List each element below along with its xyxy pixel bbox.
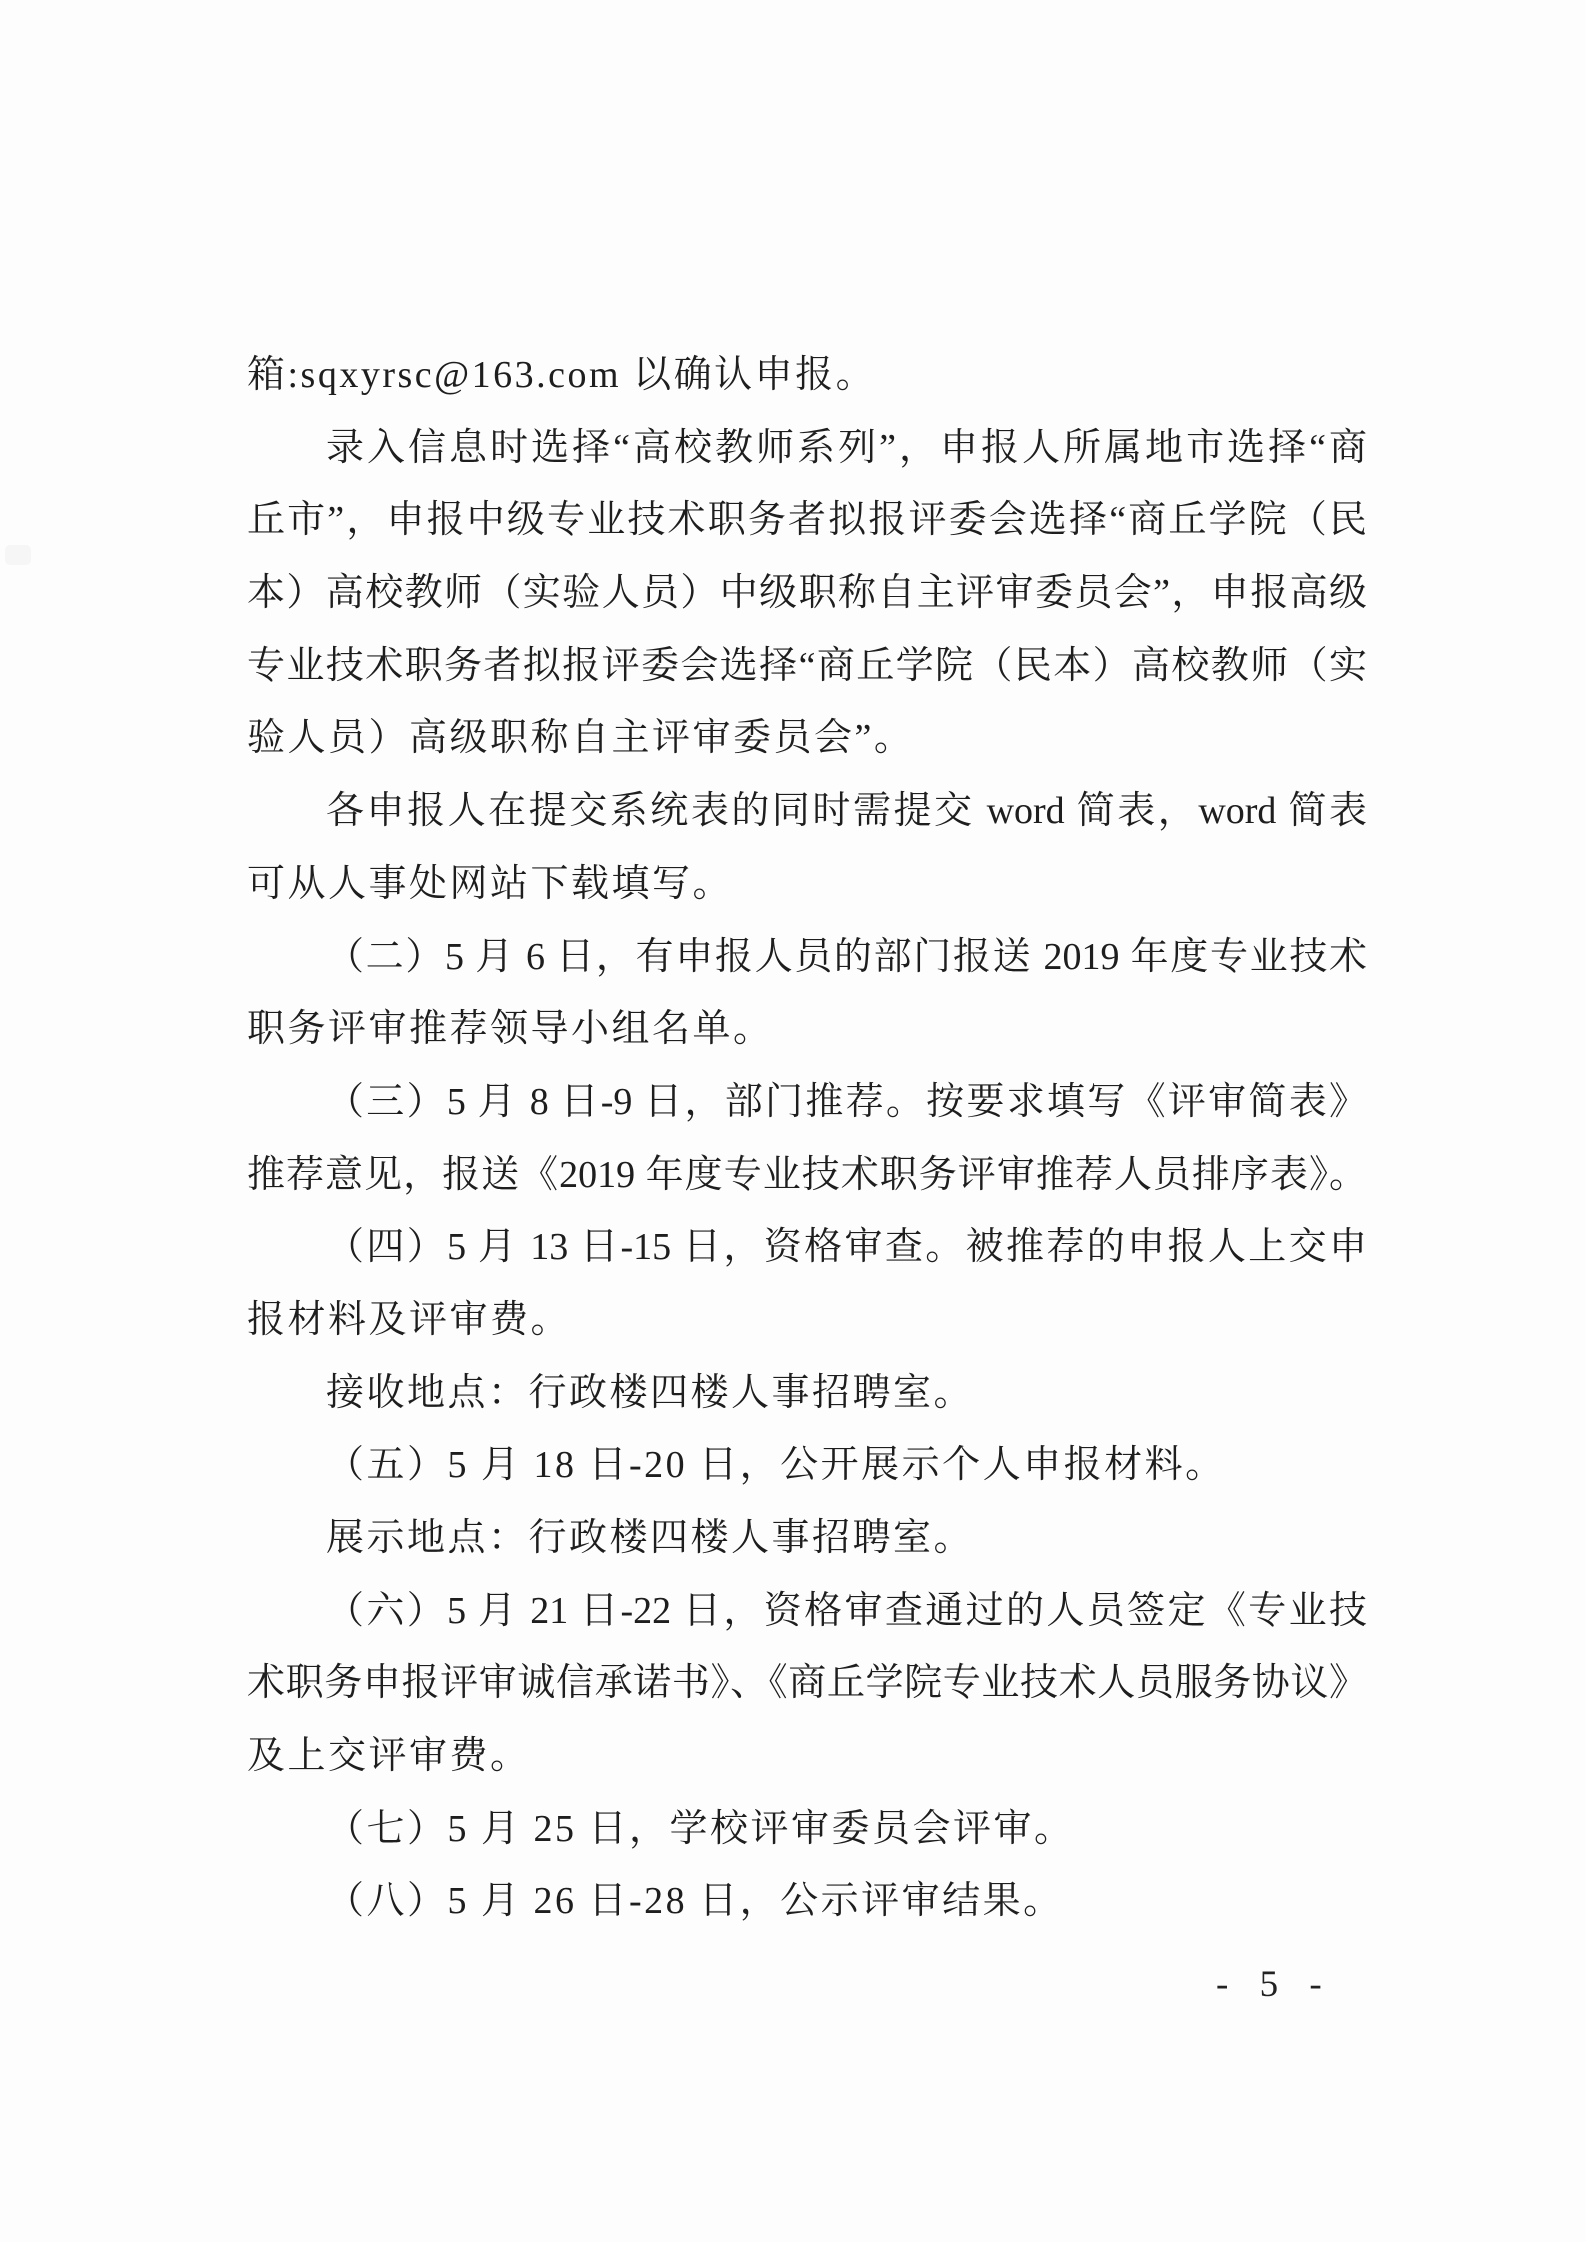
text-line: （六）5 月 21 日-22 日，资格审查通过的人员签定《专业技 — [247, 1575, 1367, 1648]
text-line: 专业技术职务者拟报评委会选择“商丘学院（民本）高校教师（实 — [247, 630, 1367, 703]
text-line: 接收地点：行政楼四楼人事招聘室。 — [247, 1357, 1367, 1430]
text-line: 验人员）高级职称自主评审委员会”。 — [247, 702, 1367, 775]
text-line: 本）高校教师（实验人员）中级职称自主评审委员会”，申报高级 — [247, 557, 1367, 630]
text-line: 展示地点：行政楼四楼人事招聘室。 — [247, 1502, 1367, 1575]
text-line: （四）5 月 13 日-15 日，资格审查。被推荐的申报人上交申 — [247, 1211, 1367, 1284]
document-body: 箱:sqxyrsc@163.com 以确认申报。 录入信息时选择“高校教师系列”… — [247, 339, 1367, 1938]
scan-smudge — [5, 545, 31, 565]
text-line: 术职务申报评审诚信承诺书》、《商丘学院专业技术人员服务协议》 — [247, 1647, 1367, 1720]
text-line: 职务评审推荐领导小组名单。 — [247, 993, 1367, 1066]
text-line: （三）5 月 8 日-9 日，部门推荐。按要求填写《评审简表》 — [247, 1066, 1367, 1139]
scanned-document-page: 箱:sqxyrsc@163.com 以确认申报。 录入信息时选择“高校教师系列”… — [0, 0, 1586, 2242]
text-line: 丘市”，申报中级专业技术职务者拟报评委会选择“商丘学院（民 — [247, 484, 1367, 557]
text-line: （五）5 月 18 日-20 日，公开展示个人申报材料。 — [247, 1429, 1367, 1502]
page-number: - 5 - — [1216, 1958, 1331, 2012]
text-line: 及上交评审费。 — [247, 1720, 1367, 1793]
text-line: （八）5 月 26 日-28 日，公示评审结果。 — [247, 1865, 1367, 1938]
text-line: 各申报人在提交系统表的同时需提交 word 简表，word 简表 — [247, 775, 1367, 848]
text-line: 推荐意见，报送《2019 年度专业技术职务评审推荐人员排序表》。 — [247, 1139, 1367, 1212]
text-line: 录入信息时选择“高校教师系列”，申报人所属地市选择“商 — [247, 412, 1367, 485]
text-line: 报材料及评审费。 — [247, 1284, 1367, 1357]
text-line: （二）5 月 6 日，有申报人员的部门报送 2019 年度专业技术 — [247, 921, 1367, 994]
text-line: （七）5 月 25 日，学校评审委员会评审。 — [247, 1793, 1367, 1866]
text-line: 箱:sqxyrsc@163.com 以确认申报。 — [247, 339, 1367, 412]
text-line: 可从人事处网站下载填写。 — [247, 848, 1367, 921]
